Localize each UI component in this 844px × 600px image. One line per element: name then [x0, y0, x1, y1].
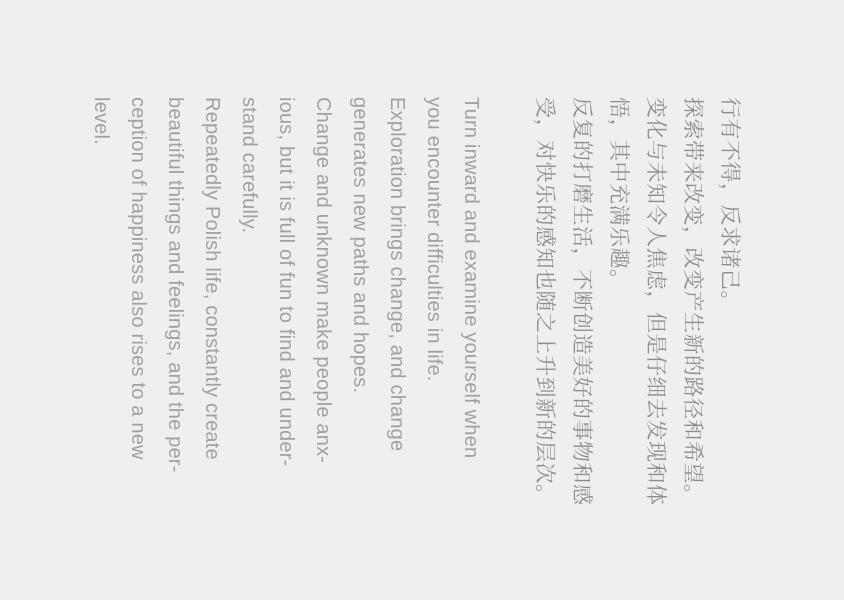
chinese-text-line: 变化与未知令人焦虑，但是仔细去发现和体 [637, 97, 674, 517]
english-text-line: Turn inward and examine yourself when [452, 97, 489, 517]
chinese-text-line: 探索带来改变，改变产生新的路径和希望。 [674, 97, 711, 517]
english-text-line: beautiful things and feelings, and the p… [156, 97, 193, 517]
english-text-line: ious, but it is full of fun to find and … [267, 97, 304, 517]
chinese-text-line: 悟，其中充满乐趣。 [600, 97, 637, 517]
english-text-line: Exploration brings change, and change [378, 97, 415, 517]
english-text-line: generates new paths and hopes. [341, 97, 378, 517]
rotated-text-block: 行有不得，反求诸己。 探索带来改变，改变产生新的路径和希望。 变化与未知令人焦虑… [82, 97, 748, 517]
english-text-line: stand carefully. [230, 97, 267, 517]
chinese-text-line: 反复的打磨生活，不断创造美好的事物和感 [563, 97, 600, 517]
english-text-line: Repeatedly Polish life, constantly creat… [193, 97, 230, 517]
english-text-line: ception of happiness also rises to a new [119, 97, 156, 517]
page-background: 行有不得，反求诸己。 探索带来改变，改变产生新的路径和希望。 变化与未知令人焦虑… [0, 0, 844, 600]
english-text-line: Change and unknown make people anx- [304, 97, 341, 517]
english-text-line: you encounter difficulties in life. [415, 97, 452, 517]
english-text-line: level. [82, 97, 119, 517]
chinese-text-line: 行有不得，反求诸己。 [711, 97, 748, 517]
chinese-text-line: 受，对快乐的感知也随之上升到新的层次。 [526, 97, 563, 517]
